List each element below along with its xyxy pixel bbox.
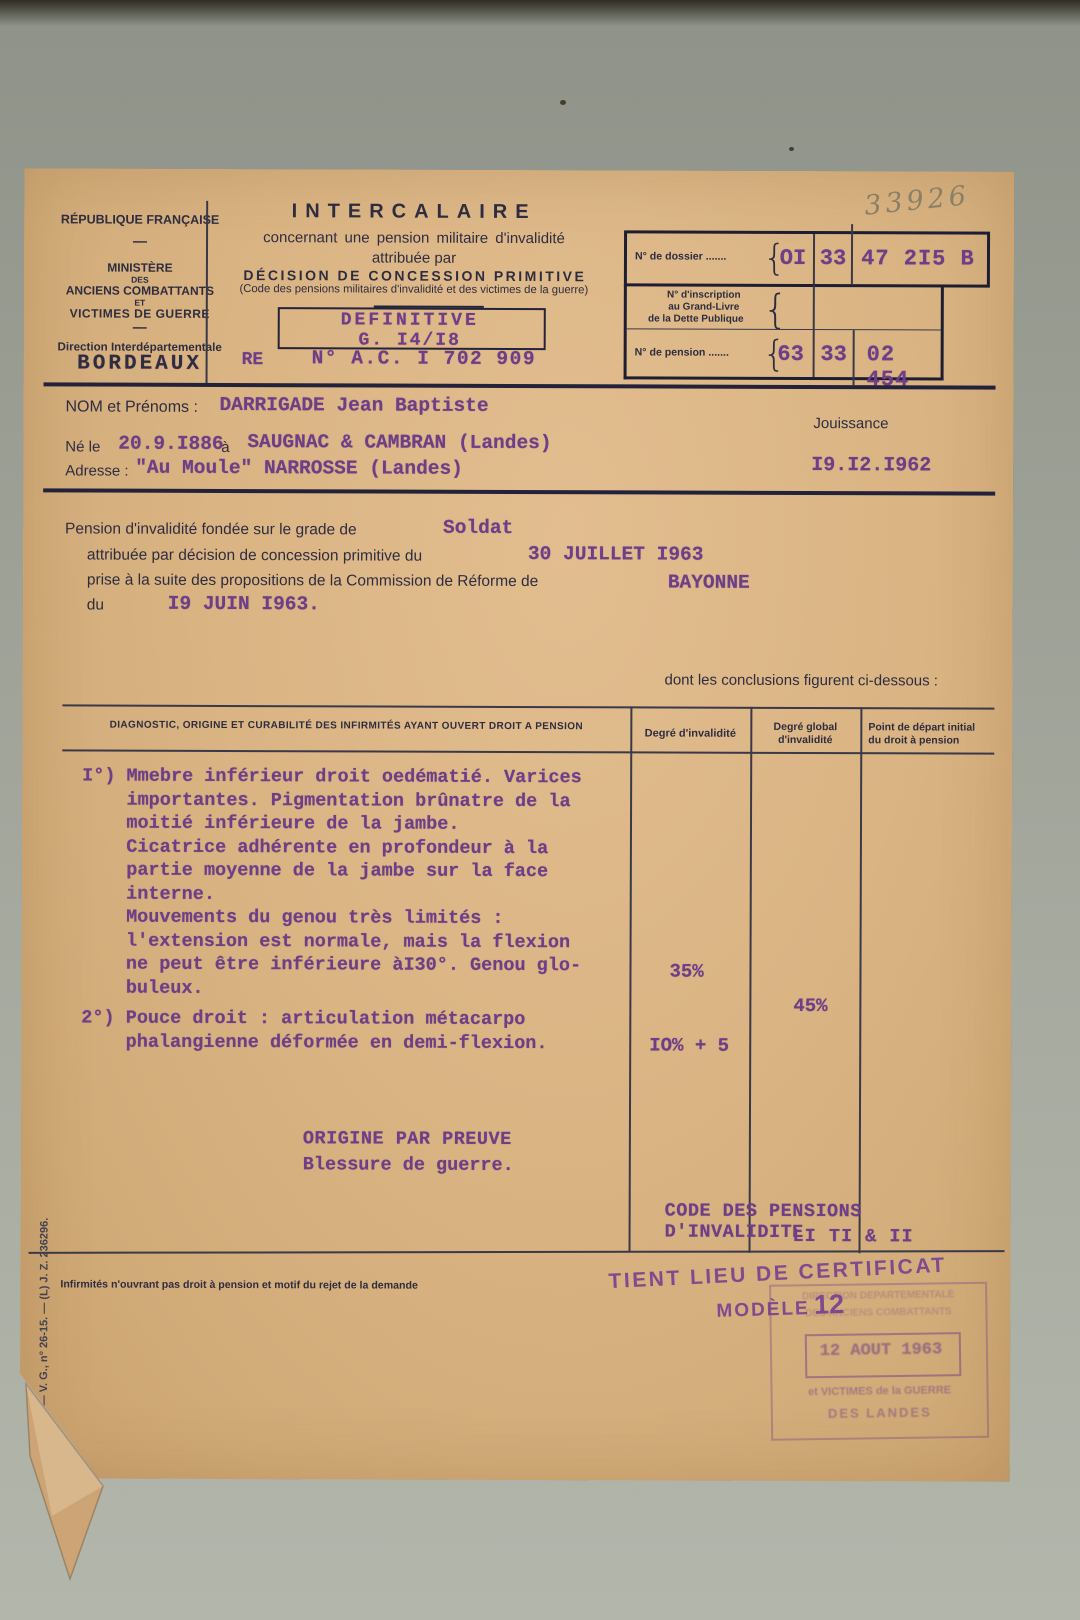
dossier-row1-label: N° de dossier ....... xyxy=(635,250,763,262)
infirmity-2-text: 2°) Pouce droit : articulation métacarpo… xyxy=(81,1006,547,1056)
jouissance-label: Jouissance xyxy=(813,415,888,432)
degree-global-value: 45% xyxy=(793,995,827,1017)
pension-number-value2: 33 xyxy=(815,342,853,367)
letterhead-republique: RÉPUBLIQUE FRANÇAISE xyxy=(54,212,226,227)
name-label: NOM et Prénoms : xyxy=(65,398,198,416)
inscription-label-line3: de la Dette Publique xyxy=(629,313,763,324)
masthead-subtitle1: concernant une pension militaire d'inval… xyxy=(214,229,614,247)
dossier-box-row1: N° de dossier ....... { OI 33 47 2I5 B xyxy=(624,230,990,287)
born-label: Né le xyxy=(65,438,100,455)
document-sheet: 33926 RÉPUBLIQUE FRANÇAISE — MINISTÈRE D… xyxy=(20,168,1015,1481)
pencil-number: 33926 xyxy=(863,180,971,222)
conclusions-line: dont les conclusions figurent ci-dessous… xyxy=(664,672,1004,690)
date-stamp-date: 12 AOUT 1963 xyxy=(805,1340,957,1361)
dossier-row1-value3: 47 2I5 B xyxy=(855,246,981,271)
degree-1-value: 35% xyxy=(669,961,703,983)
table-column-divider xyxy=(629,706,632,1252)
letterhead-dash: — xyxy=(54,318,226,335)
origin-line2: Blessure de guerre. xyxy=(303,1154,514,1176)
address-value: "Au Moule" NARROSSE (Landes) xyxy=(135,457,463,480)
date-stamp-line3: et VICTIMES de la GUERRE xyxy=(772,1384,986,1399)
origin-line1: ORIGINE PAR PREUVE xyxy=(303,1128,512,1150)
table-column-divider xyxy=(859,707,862,1253)
ac-number-stamp: N° A.C. I 702 909 xyxy=(312,347,537,370)
photo-speck xyxy=(789,147,794,151)
grant-date2: I9 JUIN I963. xyxy=(168,593,320,616)
masthead-code-note: (Code des pensions militaires d'invalidi… xyxy=(194,283,634,297)
masthead-subtitle2: attribuée par xyxy=(214,249,614,267)
re-stamp: RE xyxy=(242,350,264,370)
reject-label: Infirmités n'ouvrant pas droit à pension… xyxy=(60,1278,418,1291)
section-rule xyxy=(43,488,995,495)
table-header-degre-global-l2: d'invalidité xyxy=(752,734,858,746)
margin-imprint: — V. G., n° 26-15. — (L) J. Z. 236296. xyxy=(38,1126,51,1406)
letterhead-dash: — xyxy=(54,232,226,249)
inscription-label-line1: N° d'inscription xyxy=(645,289,763,300)
table-header-point-depart-l2: du droit à pension xyxy=(868,734,1008,746)
dossier-cell-divider xyxy=(853,330,855,385)
address-label: Adresse : xyxy=(65,462,128,479)
infirmity-1-text: I°) Mmebre inférieur droit oedématié. Va… xyxy=(81,764,581,1001)
table-header-underline xyxy=(62,749,994,754)
document-title: INTERCALAIRE xyxy=(214,200,614,224)
inscription-label-line2: au Grand-Livre xyxy=(645,301,763,312)
table-header-degre-global-l1: Degré global xyxy=(752,721,858,733)
table-header-diagnostic: DIAGNOSTIC, ORIGINE ET CURABILITÉ DES IN… xyxy=(70,719,622,732)
pension-number-value1: 63 xyxy=(771,341,811,366)
born-at-label: à xyxy=(221,439,229,456)
date-stamp-line2: DES ANCIENS COMBATTANTS xyxy=(771,1306,985,1320)
date-stamp-box: DIRECTION DEPARTEMENTALE DES ANCIENS COM… xyxy=(769,1282,989,1441)
masthead-decision: DÉCISION DE CONCESSION PRIMITIVE xyxy=(200,267,630,285)
name-value: DARRIGADE Jean Baptiste xyxy=(219,394,488,417)
date-stamp-line1: DIRECTION DEPARTEMENTALE xyxy=(771,1289,985,1303)
table-header-degre: Degré d'invalidité xyxy=(632,727,748,739)
degree-2-value: IO% + 5 xyxy=(649,1034,729,1056)
table-bottom-border xyxy=(29,1250,1005,1254)
dossier-cell-divider xyxy=(851,224,853,284)
dossier-cell-divider xyxy=(813,285,815,329)
definitive-stamp-line1: DEFINITIVE xyxy=(278,310,542,331)
grant-commission-place: BAYONNE xyxy=(668,572,750,594)
jouissance-date: I9.I2.I962 xyxy=(811,454,931,477)
table-top-border xyxy=(62,704,994,709)
born-place: SAUGNAC & CAMBRAN (Landes) xyxy=(247,431,551,454)
grant-line4: du xyxy=(87,596,104,614)
code-pensions-line2: LI TI & II xyxy=(793,1226,914,1247)
photo-top-shadow xyxy=(0,0,1080,26)
grant-date1: 30 JUILLET I963 xyxy=(528,543,704,566)
grant-line2: attribuée par décision de concession pri… xyxy=(87,546,422,565)
bordeaux-stamp: BORDEAUX xyxy=(54,352,226,376)
pension-number-label: N° de pension ....... xyxy=(635,346,763,358)
dossier-box-rows23: N° d'inscription au Grand-Livre de la De… xyxy=(624,284,944,380)
dossier-row1-value1: OI xyxy=(773,246,813,271)
photo-speck xyxy=(560,100,566,105)
brace-glyph: { xyxy=(763,286,789,332)
table-column-divider xyxy=(749,707,752,1253)
grant-line1: Pension d'invalidité fondée sur le grade… xyxy=(65,520,357,539)
table-header-point-depart-l1: Point de départ initial xyxy=(868,721,1008,733)
born-date: 20.9.I886 xyxy=(118,433,223,455)
dossier-row1-value2: 33 xyxy=(815,246,851,271)
grant-grade: Soldat xyxy=(443,517,513,539)
date-stamp-line4: DES LANDES xyxy=(773,1404,987,1422)
grant-line3: prise à la suite des propositions de la … xyxy=(87,571,539,591)
